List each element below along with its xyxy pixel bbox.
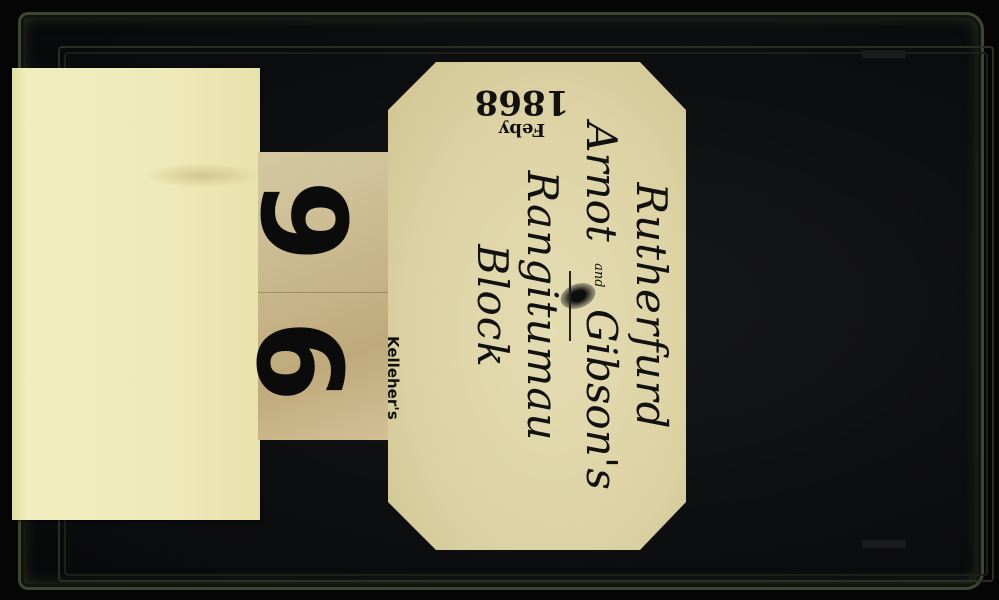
number-label: 9 6 bbox=[258, 152, 394, 440]
date-year: 1868 bbox=[452, 84, 592, 120]
paper-slip bbox=[12, 68, 260, 520]
digit-first: 9 bbox=[244, 180, 362, 262]
label-date: Feby 1868 bbox=[452, 78, 592, 138]
date-month: Feby bbox=[452, 120, 592, 138]
label-line-1: Rutherfurd bbox=[626, 71, 676, 541]
label-rule bbox=[569, 271, 571, 341]
label-line-2: Arnot and Gibson's bbox=[573, 71, 626, 541]
bottom-clasp bbox=[862, 540, 906, 548]
label-line-4: Block bbox=[467, 71, 517, 541]
title-label-text: Rutherfurd Arnot and Gibson's Rangitumau… bbox=[396, 71, 676, 541]
top-clasp bbox=[862, 50, 906, 58]
label-seam bbox=[258, 292, 394, 293]
label-name-arnot: Arnot bbox=[577, 122, 626, 242]
maker-name: Kelleher's bbox=[378, 336, 402, 466]
label-name-gibson: Gibson's bbox=[577, 309, 626, 490]
digit-second: 6 bbox=[240, 320, 358, 402]
label-line-3: Rangitumau bbox=[517, 71, 567, 541]
label-and: and bbox=[591, 263, 606, 287]
